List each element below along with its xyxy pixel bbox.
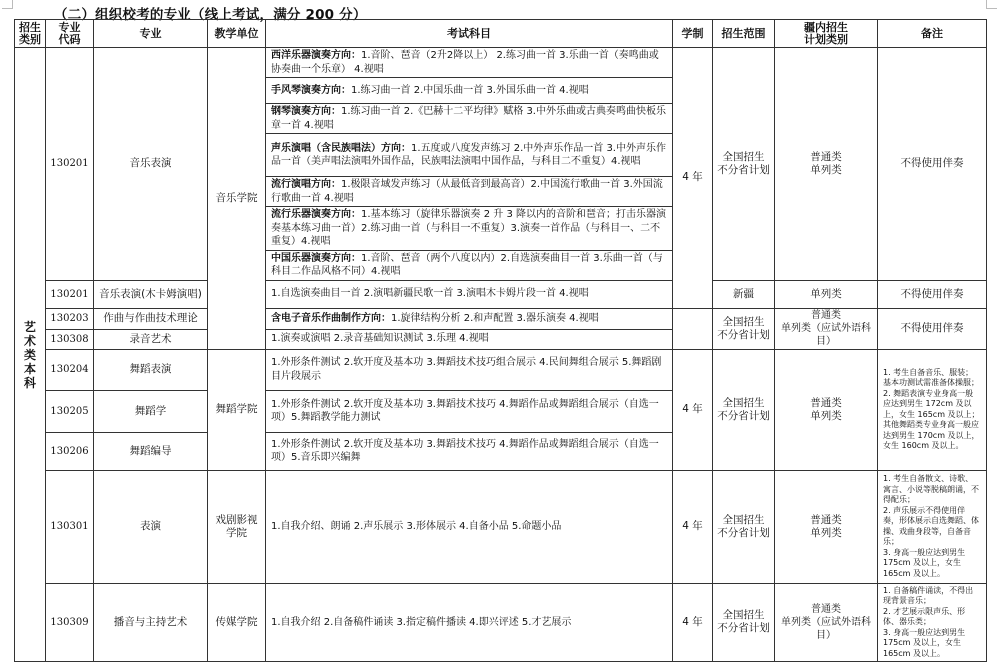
major-code: 130201 — [46, 280, 94, 308]
exam-direction: 流行演唱方向：1.极限音域发声练习（从最低音到最高音）2.中国流行歌曲一首 3.… — [266, 177, 673, 207]
table-row: 130201 音乐表演(木卡姆演唱) 1.自选演奏曲目一首 2.演唱新疆民歌一首… — [15, 280, 987, 308]
note-cell: 不得使用伴奏 — [878, 308, 987, 349]
major-name: 作曲与作曲技术理论 — [94, 308, 208, 329]
major-name: 表演 — [94, 470, 208, 583]
major-code: 130309 — [46, 583, 94, 662]
exam-subjects: 1.外形条件测试 2.软开度及基本功 3.舞蹈技术技巧组合展示 4.民间舞组合展… — [266, 349, 673, 390]
table-row: 130204 舞蹈表演 舞蹈学院 1.外形条件测试 2.软开度及基本功 3.舞蹈… — [15, 349, 987, 390]
exam-direction: 中国乐器演奏方向：1.音阶、琶音（两个八度以内）2.自选演奏曲目一首 3.乐曲一… — [266, 250, 673, 280]
major-name: 舞蹈表演 — [94, 349, 208, 390]
exam-subjects: 1.演奏或演唱 2.录音基础知识测试 3.乐理 4.视唱 — [266, 329, 673, 349]
header-note: 备注 — [878, 20, 987, 48]
duration-cell: 4 年 — [673, 48, 713, 309]
major-code: 130204 — [46, 349, 94, 390]
table-row: 130301 表演 戏剧影视学院 1.自我介绍、朗诵 2.声乐展示 3.形体展示… — [15, 470, 987, 583]
scope-cell: 全国招生不分省计划 — [713, 470, 775, 583]
major-code: 130201 — [46, 48, 94, 281]
major-code: 130308 — [46, 329, 94, 349]
major-code: 130203 — [46, 308, 94, 329]
header-unit: 教学单位 — [208, 20, 266, 48]
header-major: 专业 — [94, 20, 208, 48]
teaching-unit: 舞蹈学院 — [208, 349, 266, 470]
teaching-unit: 音乐学院 — [208, 48, 266, 350]
table-row: 130203 作曲与作曲技术理论 含电子音乐作曲制作方向：1.旋律结构分析 2.… — [15, 308, 987, 329]
plan-cell: 普通类单列类（应试外语科目） — [775, 308, 878, 349]
header-code: 专业代码 — [46, 20, 94, 48]
exam-subjects: 1.自选演奏曲目一首 2.演唱新疆民歌一首 3.演唱木卡姆片段一首 4.视唱 — [266, 280, 673, 308]
exam-direction: 流行乐器演奏方向：1.基本练习（旋律乐器演奏 2 升 3 降以内的音阶和琶音；打… — [266, 207, 673, 251]
exam-subjects: 含电子音乐作曲制作方向：1.旋律结构分析 2.和声配置 3.器乐演奏 4.视唱 — [266, 308, 673, 329]
major-code: 130206 — [46, 432, 94, 470]
majors-table: 招生类别 专业代码 专业 教学单位 考试科目 学制 招生范围 疆内招生计划类别 … — [14, 19, 987, 662]
duration-cell: 4 年 — [673, 470, 713, 583]
duration-cell: 4 年 — [673, 349, 713, 470]
plan-cell: 普通类单列类（应试外语科目） — [775, 583, 878, 662]
plan-cell: 单列类 — [775, 280, 878, 308]
scope-cell: 全国招生不分省计划 — [713, 349, 775, 470]
note-cell: 1. 考生自备散文、诗歌、寓言、小说等脱稿朗诵，不得配乐； 2. 声乐展示不得使… — [878, 470, 987, 583]
exam-subjects: 1.外形条件测试 2.软开度及基本功 3.舞蹈技术技巧 4.舞蹈作品或舞蹈组合展… — [266, 432, 673, 470]
exam-direction: 声乐演唱（含民族唱法）方向：1.五度或八度发声练习 2.中外声乐作品一首 3.中… — [266, 134, 673, 177]
major-name: 音乐表演 — [94, 48, 208, 281]
note-cell: 1. 考生自备音乐、服装； 基本功测试需准备体操服； 2. 舞蹈表演专业身高一般… — [878, 349, 987, 470]
note-cell: 不得使用伴奏 — [878, 48, 987, 281]
teaching-unit: 传媒学院 — [208, 583, 266, 662]
major-name: 录音艺术 — [94, 329, 208, 349]
major-code: 130205 — [46, 390, 94, 432]
header-category: 招生类别 — [15, 20, 46, 48]
major-name: 音乐表演(木卡姆演唱) — [94, 280, 208, 308]
header-row: 招生类别 专业代码 专业 教学单位 考试科目 学制 招生范围 疆内招生计划类别 … — [15, 20, 987, 48]
exam-direction: 西洋乐器演奏方向：1.音阶、琶音（2升2降以上） 2.练习曲一首 3.乐曲一首（… — [266, 48, 673, 78]
table-row: 130309 播音与主持艺术 传媒学院 1.自我介绍 2.自备稿件诵读 3.指定… — [15, 583, 987, 662]
scope-cell: 全国招生不分省计划 — [713, 48, 775, 281]
major-name: 播音与主持艺术 — [94, 583, 208, 662]
page-corner-mark-left — [2, 0, 13, 9]
table-row: 艺术类本科 130201 音乐表演 音乐学院 西洋乐器演奏方向：1.音阶、琶音（… — [15, 48, 987, 78]
exam-subjects: 1.自我介绍、朗诵 2.声乐展示 3.形体展示 4.自备小品 5.命题小品 — [266, 470, 673, 583]
header-scope: 招生范围 — [713, 20, 775, 48]
duration-cell: 4 年 — [673, 583, 713, 662]
header-duration: 学制 — [673, 20, 713, 48]
category-cell: 艺术类本科 — [15, 48, 46, 662]
scope-cell: 全国招生不分省计划 — [713, 308, 775, 349]
exam-direction: 钢琴演奏方向：1.练习曲一首 2.《巴赫十二平均律》赋格 3.中外乐曲或古典奏鸣… — [266, 104, 673, 134]
plan-cell: 普通类单列类 — [775, 349, 878, 470]
major-name: 舞蹈编导 — [94, 432, 208, 470]
major-code: 130301 — [46, 470, 94, 583]
header-exam: 考试科目 — [266, 20, 673, 48]
exam-subjects: 1.自我介绍 2.自备稿件诵读 3.指定稿件播读 4.即兴评述 5.才艺展示 — [266, 583, 673, 662]
duration-blank — [673, 308, 713, 349]
plan-cell: 普通类单列类 — [775, 48, 878, 281]
scope-cell: 全国招生不分省计划 — [713, 583, 775, 662]
scope-cell: 新疆 — [713, 280, 775, 308]
header-plan: 疆内招生计划类别 — [775, 20, 878, 48]
note-cell: 不得使用伴奏 — [878, 280, 987, 308]
major-name: 舞蹈学 — [94, 390, 208, 432]
exam-subjects: 1.外形条件测试 2.软开度及基本功 3.舞蹈技术技巧 4.舞蹈作品或舞蹈组合展… — [266, 390, 673, 432]
teaching-unit: 戏剧影视学院 — [208, 470, 266, 583]
note-cell: 1. 自备稿件诵读，不得出现背景音乐； 2. 才艺展示限声乐、形体、器乐类； 3… — [878, 583, 987, 662]
page-corner-mark-right — [986, 0, 997, 9]
exam-direction: 手风琴演奏方向：1.练习曲一首 2.中国乐曲一首 3.外国乐曲一首 4.视唱 — [266, 78, 673, 104]
plan-cell: 普通类单列类 — [775, 470, 878, 583]
